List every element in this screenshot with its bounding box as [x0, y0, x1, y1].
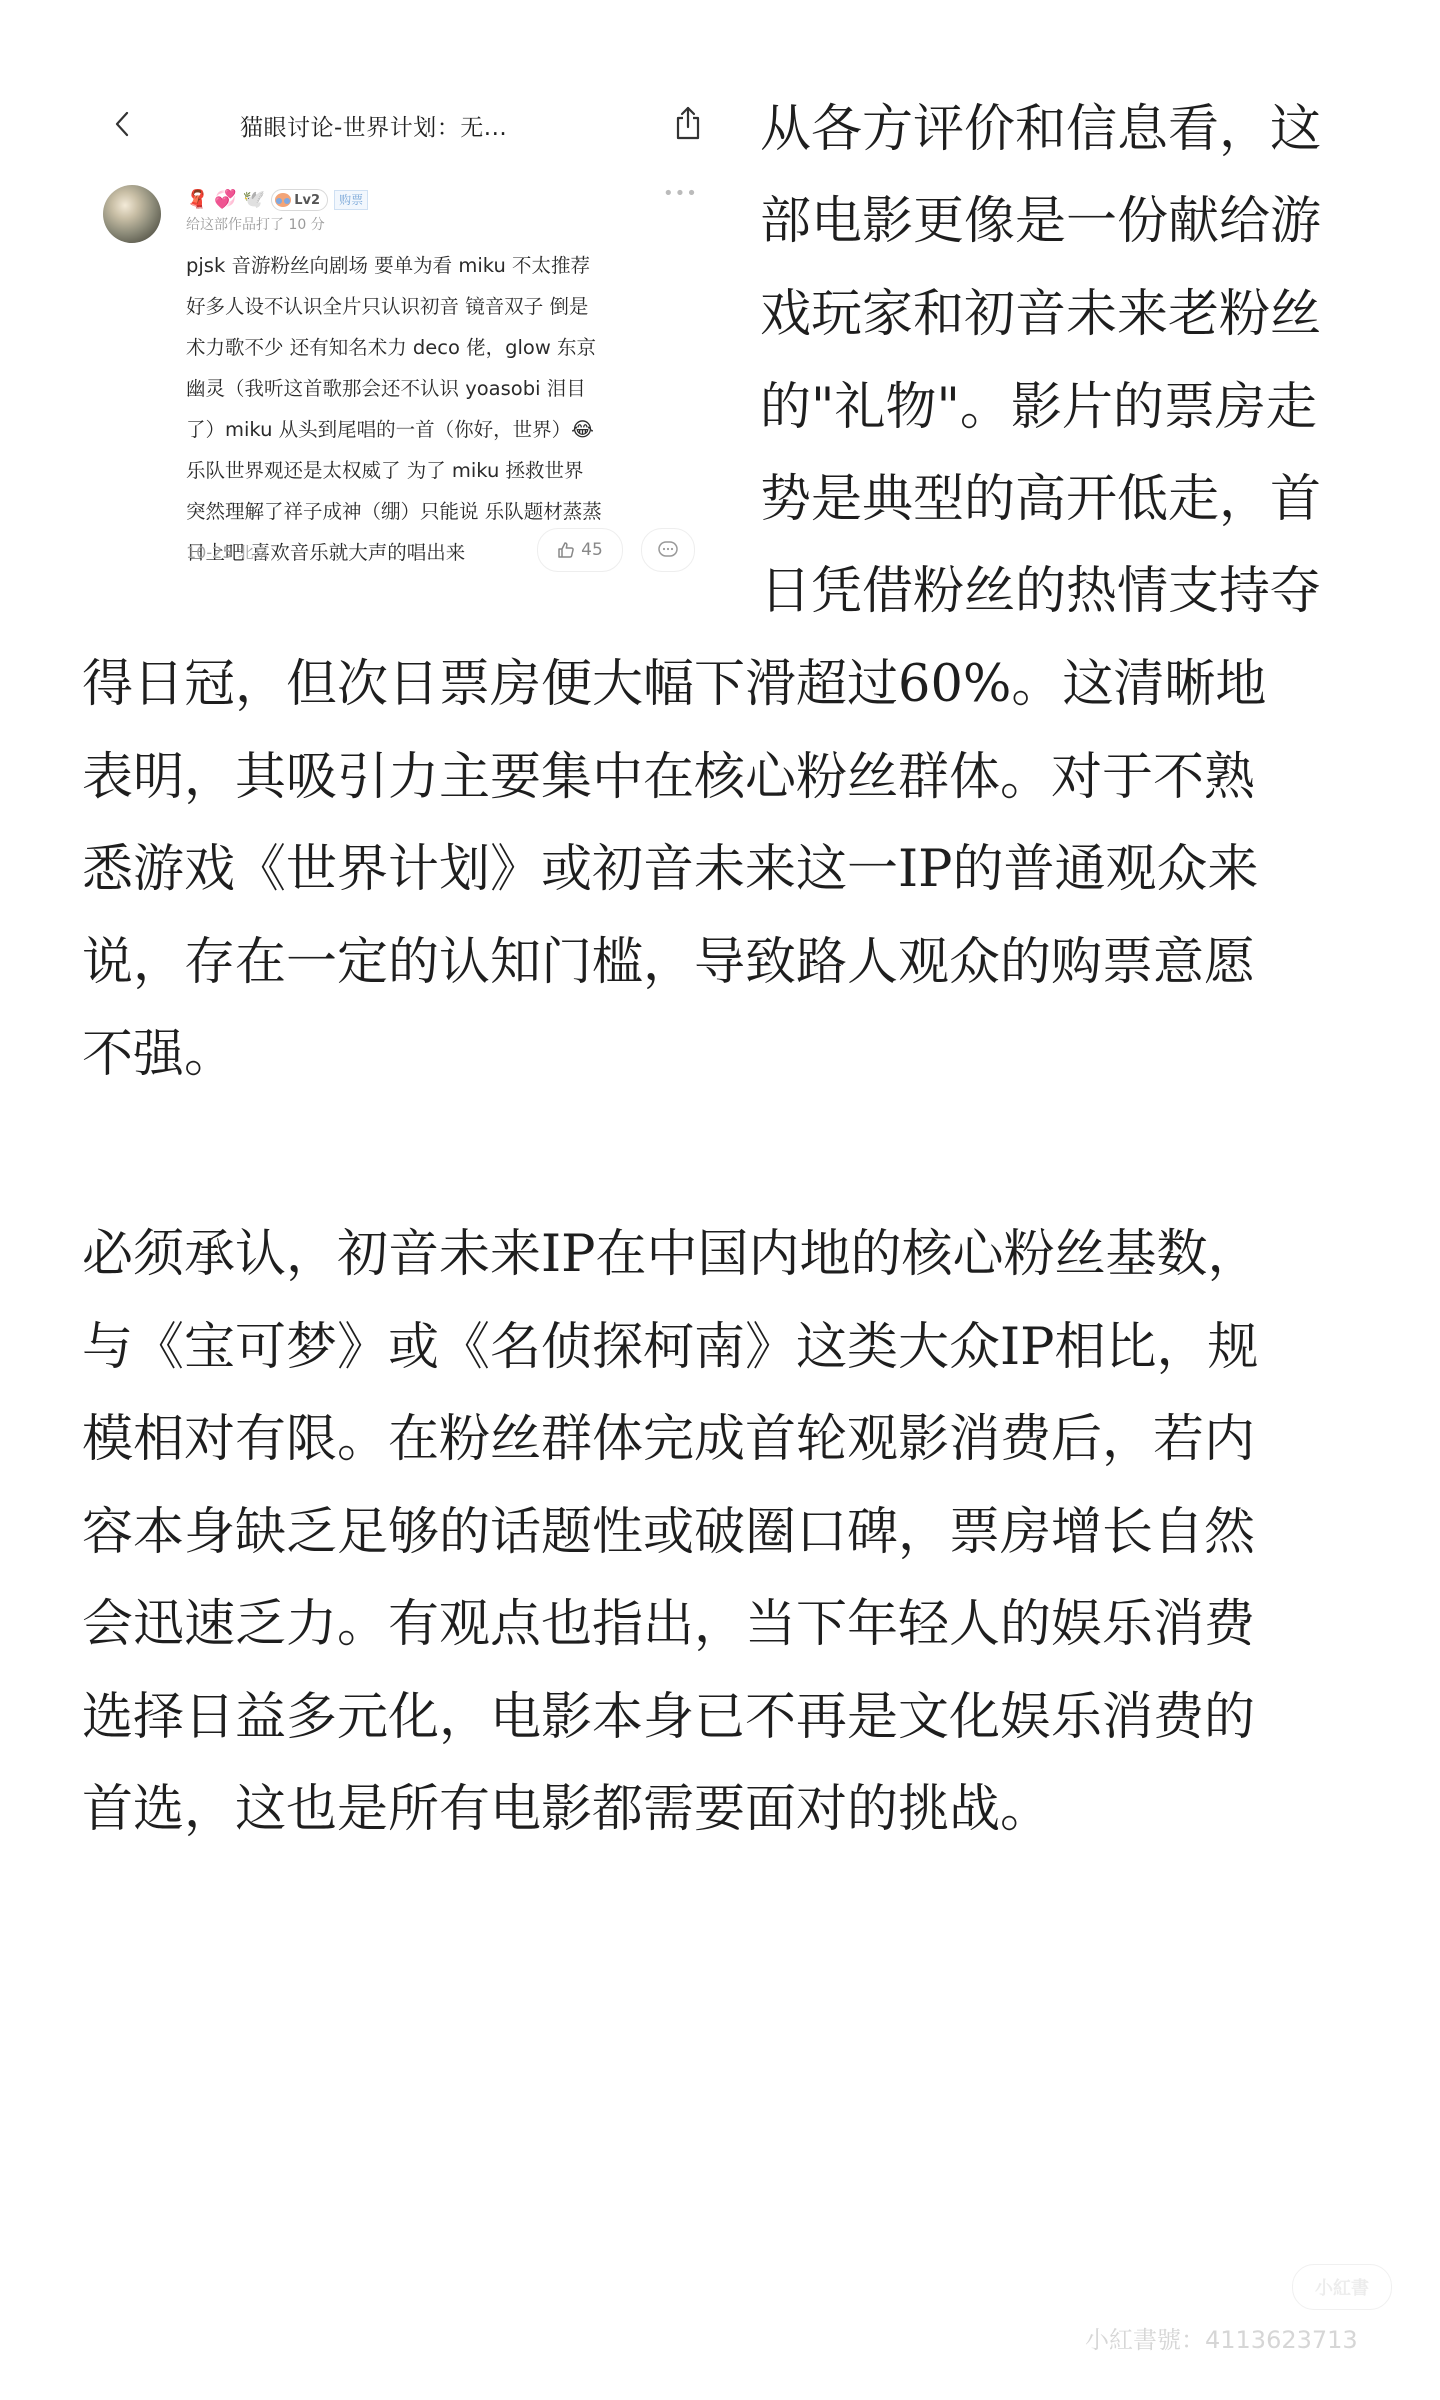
- article-line: 从各方评价和信息看，这: [760, 100, 1321, 160]
- article-line: 必须承认，初音未来IP在中国内地的核心粉丝基数，: [82, 1225, 1258, 1285]
- comment-body: pjsk 音游粉丝向剧场 要单为看 miku 不太推荐 好多人设不认识全片只认识…: [186, 245, 696, 573]
- user-badges: 🧣 💞 🕊️ Lv2 购票: [186, 186, 368, 214]
- comment-line: pjsk 音游粉丝向剧场 要单为看 miku 不太推荐: [186, 245, 696, 286]
- article-line: 得日冠，但次日票房便大幅下滑超过60%。这清晰地: [82, 655, 1266, 715]
- share-icon[interactable]: [672, 105, 704, 141]
- article-line: 容本身缺乏足够的话题性或破圈口碑，票房增长自然: [82, 1503, 1255, 1563]
- nav-bar: 猫眼讨论-世界计划：无...: [100, 95, 712, 155]
- more-options-icon[interactable]: •••: [663, 183, 698, 204]
- comment-line: 术力歌不少 还有知名术力 deco 佬，glow 东京: [186, 327, 696, 368]
- comment-date-location: 10-25 北京: [186, 540, 270, 563]
- article-line: 势是典型的高开低走，首: [760, 470, 1321, 530]
- page-title: 猫眼讨论-世界计划：无...: [240, 109, 580, 142]
- dove-badge-icon: 🕊️: [243, 190, 265, 210]
- level-face-icon: [275, 193, 291, 207]
- comment-line: 好多人设不认识全片只认识初音 镜音双子 倒是: [186, 286, 696, 327]
- article-line: 日凭借粉丝的热情支持夺: [760, 562, 1321, 622]
- article-line: 与《宝可梦》或《名侦探柯南》这类大众IP相比，规: [82, 1318, 1258, 1378]
- comment-line: 了）miku 从头到尾唱的一首（你好，世界）😂: [186, 409, 696, 450]
- hearts-badge-icon: 💞: [214, 190, 236, 210]
- like-button[interactable]: 45: [537, 528, 623, 572]
- level-badge: Lv2: [271, 189, 328, 211]
- watermark-logo: 小紅書: [1292, 2264, 1392, 2310]
- embedded-comment-screenshot: 猫眼讨论-世界计划：无... 🧣 💞 🕊️ Lv2 购票 ••• 给这部作品打了…: [100, 95, 712, 585]
- article-line: 表明，其吸引力主要集中在核心粉丝群体。对于不熟: [82, 748, 1255, 808]
- ticket-purchased-tag: 购票: [334, 190, 368, 210]
- article-line: 模相对有限。在粉丝群体完成首轮观影消费后，若内: [82, 1410, 1255, 1470]
- comment-line: 幽灵（我听这首歌那会还不认识 yoasobi 泪目: [186, 368, 696, 409]
- article-line: 戏玩家和初音未来老粉丝: [760, 285, 1321, 345]
- reply-button[interactable]: [641, 528, 695, 572]
- article-line: 不强。: [82, 1025, 235, 1085]
- avatar[interactable]: [103, 185, 161, 243]
- article-line: 的"礼物"。影片的票房走: [760, 378, 1317, 438]
- watermark-id: 小紅書號：4113623713: [1085, 2320, 1358, 2355]
- article-line: 首选，这也是所有电影都需要面对的挑战。: [82, 1780, 1051, 1840]
- thumbs-up-icon: [557, 541, 575, 559]
- comment-bubble-icon: [657, 540, 679, 560]
- rating-text: 给这部作品打了 10 分: [186, 214, 325, 234]
- like-count: 45: [581, 540, 603, 560]
- scarf-badge-icon: 🧣: [186, 190, 208, 210]
- article-line: 会迅速乏力。有观点也指出，当下年轻人的娱乐消费: [82, 1595, 1255, 1655]
- comment-line: 乐队世界观还是太权威了 为了 miku 拯救世界: [186, 450, 696, 491]
- chevron-left-icon[interactable]: [108, 109, 138, 139]
- article-line: 说，存在一定的认知门槛，导致路人观众的购票意愿: [82, 933, 1255, 993]
- article-line: 部电影更像是一份献给游: [760, 192, 1321, 252]
- comment-line: 突然理解了祥子成神（绷）只能说 乐队题材蒸蒸: [186, 491, 696, 532]
- article-line: 悉游戏《世界计划》或初音未来这一IP的普通观众来: [82, 840, 1258, 900]
- level-label: Lv2: [294, 193, 320, 208]
- article-line: 选择日益多元化，电影本身已不再是文化娱乐消费的: [82, 1688, 1255, 1748]
